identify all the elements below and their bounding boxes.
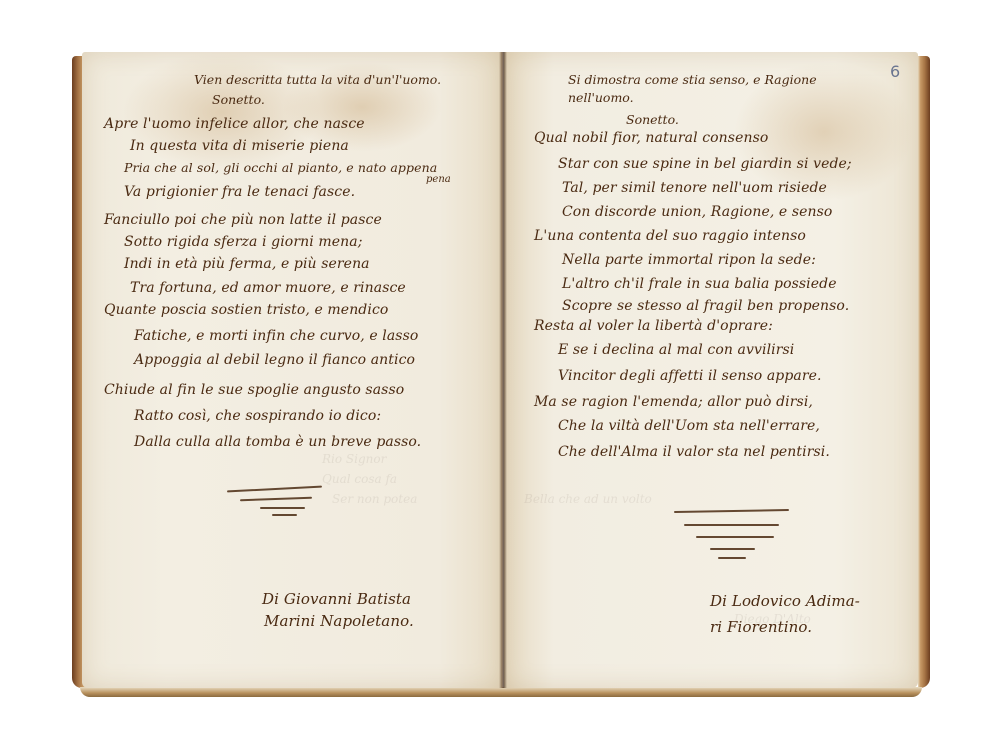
left-verse-10: Fatiche, e morti infin che curvo, e lass…	[134, 328, 418, 344]
left-verse-11: Appoggia al debil legno il fianco antico	[134, 352, 415, 368]
left-verse-5: Fanciullo poi che più non latte il pasce	[104, 212, 382, 228]
right-page: Bella che ad un volto Diego D'Alto 6 Si …	[504, 52, 918, 688]
right-verse-14: Che dell'Alma il valor sta nel pentirsi.	[558, 444, 830, 460]
right-verse-2: Star con sue spine in bel giardin si ved…	[558, 156, 852, 172]
bleed-through-text: Bella che ad un volto	[524, 492, 652, 506]
right-verse-9: Resta al voler la libertà d'oprare:	[534, 318, 773, 334]
end-flourish-line	[260, 507, 305, 509]
right-verse-6: Nella parte immortal ripon la sede:	[562, 252, 816, 268]
right-verse-8: Scopre se stesso al fragil ben propenso.	[562, 298, 849, 314]
right-poem-type: Sonetto.	[626, 112, 679, 127]
left-verse-4: Va prigionier fra le tenaci fasce.	[124, 184, 355, 200]
right-attribution-author: Di Lodovico Adima-	[710, 592, 860, 610]
right-cover-edge	[918, 56, 930, 688]
end-flourish-line	[696, 536, 774, 538]
right-verse-1: Qual nobil fior, natural consenso	[534, 130, 768, 146]
right-attribution-origin: ri Fiorentino.	[710, 618, 812, 636]
right-verse-13: Che la viltà dell'Uom sta nell'errare,	[558, 418, 820, 434]
end-flourish-line	[240, 497, 312, 502]
left-verse-3: Pria che al sol, gli occhi al pianto, e …	[124, 160, 437, 175]
book-gutter-spine	[499, 52, 507, 688]
end-flourish-line	[227, 486, 322, 493]
right-verse-5: L'una contenta del suo raggio intenso	[534, 228, 806, 244]
left-attribution-origin: Marini Napoletano.	[264, 612, 414, 630]
left-verse-12: Chiude al fin le sue spoglie angusto sas…	[104, 382, 404, 398]
right-verse-10: E se i declina al mal con avvilirsi	[558, 342, 794, 358]
left-verse-1: Apre l'uomo infelice allor, che nasce	[104, 116, 365, 132]
right-verse-4: Con discorde union, Ragione, e senso	[562, 204, 832, 220]
bleed-through-text: Rio Signor	[322, 452, 386, 466]
left-verse-8: Tra fortuna, ed amor muore, e rinasce	[130, 280, 406, 296]
right-verse-11: Vincitor degli affetti il senso appare.	[558, 368, 822, 384]
right-verse-3: Tal, per simil tenore nell'uom risiede	[562, 180, 827, 196]
bleed-through-text: Qual cosa fa	[322, 472, 397, 486]
end-flourish-line	[718, 557, 746, 559]
end-flourish-line	[272, 514, 297, 516]
left-verse-14: Dalla culla alla tomba è un breve passo.	[134, 434, 421, 450]
open-manuscript-book: Rio Signor Qual cosa fa Ser non potea Vi…	[72, 52, 930, 697]
left-poem-heading: Vien descritta tutta la vita d'un'l'uomo…	[194, 72, 441, 87]
left-verse-2: In questa vita di miserie piena	[130, 138, 349, 154]
left-attribution-author: Di Giovanni Batista	[262, 590, 411, 608]
end-flourish-line	[674, 509, 789, 513]
right-verse-12: Ma se ragion l'emenda; allor può dirsi,	[534, 394, 813, 410]
left-verse-6: Sotto rigida sferza i giorni mena;	[124, 234, 363, 250]
right-verse-7: L'altro ch'il frale in sua balia possied…	[562, 276, 837, 292]
bleed-through-text: Ser non potea	[332, 492, 417, 506]
right-poem-heading-cont: nell'uomo.	[568, 90, 634, 105]
left-verse-13: Ratto così, che sospirando io dico:	[134, 408, 381, 424]
right-poem-heading: Si dimostra come stia senso, e Ragione	[568, 72, 817, 87]
left-verse-9: Quante poscia sostien tristo, e mendico	[104, 302, 388, 318]
left-margin-insert: pena	[426, 174, 451, 185]
end-flourish-line	[710, 548, 755, 550]
left-page: Rio Signor Qual cosa fa Ser non potea Vi…	[82, 52, 502, 688]
left-poem-type: Sonetto.	[212, 92, 265, 107]
left-verse-7: Indi in età più ferma, e più serena	[124, 256, 370, 272]
page-number: 6	[890, 62, 900, 81]
end-flourish-line	[684, 524, 779, 526]
bottom-page-edges	[80, 687, 922, 697]
